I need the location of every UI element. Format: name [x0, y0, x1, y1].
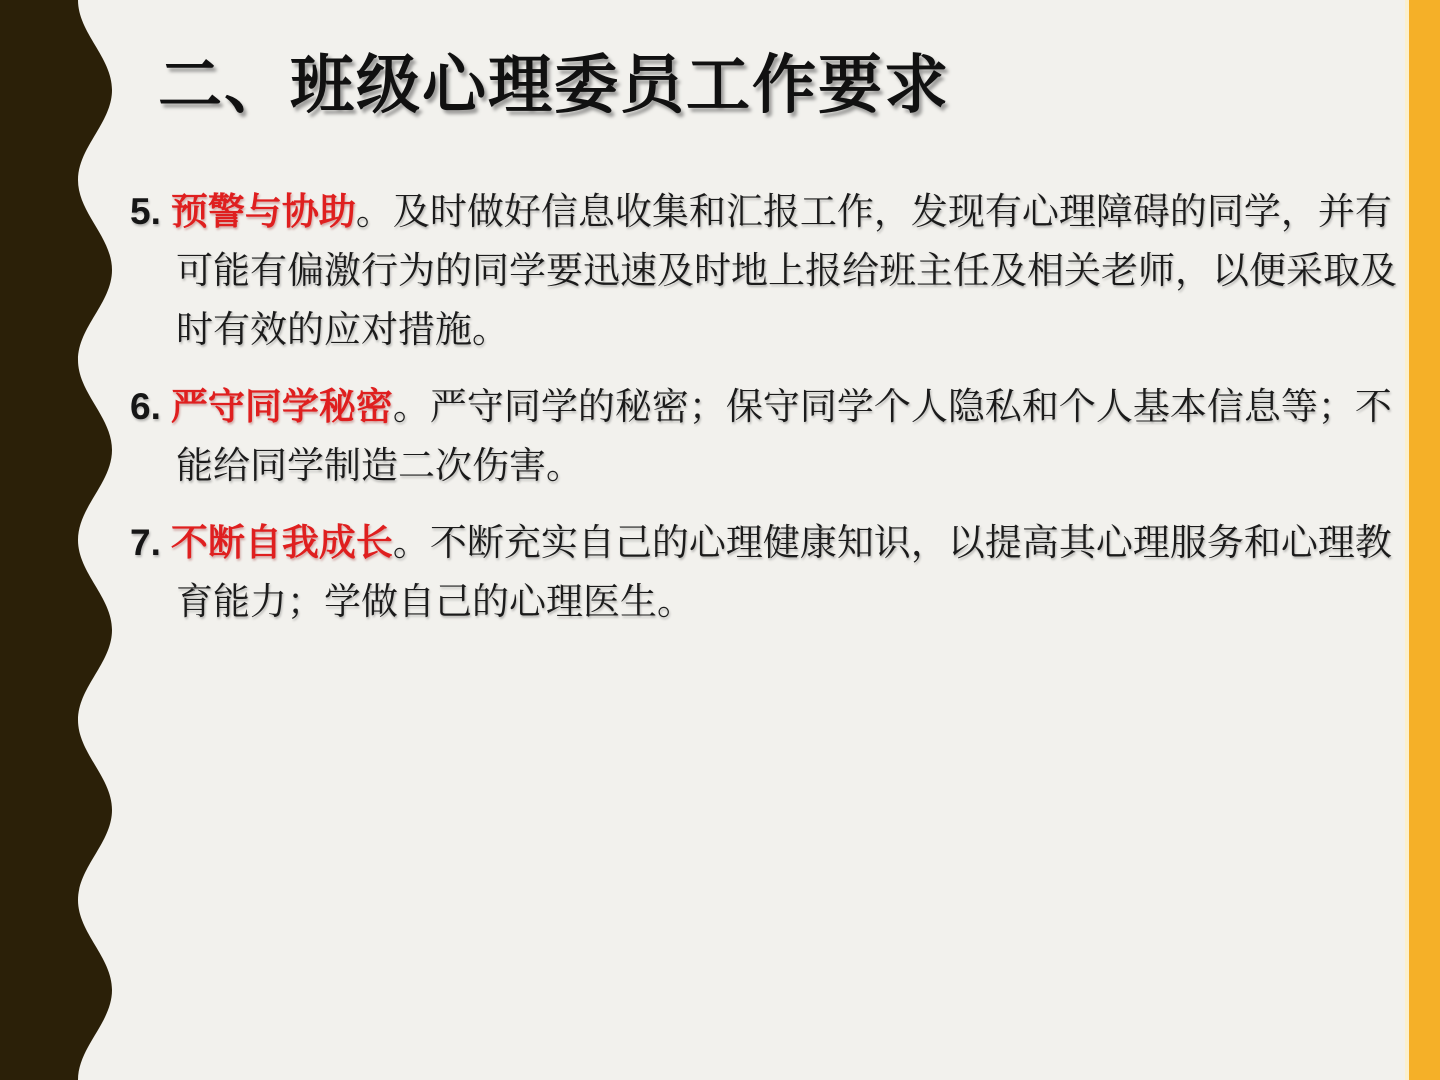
list-item: 7.不断自我成长。不断充实自己的心理健康知识，以提高其心理服务和心理教育能力；学…	[130, 513, 1410, 632]
item-number: 6.	[130, 386, 161, 427]
item-number: 5.	[130, 191, 161, 232]
list-item: 5.预警与协助。及时做好信息收集和汇报工作，发现有心理障碍的同学，并有可能有偏激…	[130, 182, 1410, 360]
item-lead: 预警与协助	[171, 192, 356, 233]
item-separator: 。	[393, 523, 430, 564]
slide-title: 二、班级心理委员工作要求	[158, 48, 950, 124]
item-lead: 不断自我成长	[171, 523, 393, 564]
item-number: 7.	[130, 522, 161, 563]
presentation-slide: 二、班级心理委员工作要求 5.预警与协助。及时做好信息收集和汇报工作，发现有心理…	[0, 0, 1440, 1080]
item-separator: 。	[393, 387, 430, 428]
left-wave-decoration	[0, 0, 130, 1080]
slide-body: 5.预警与协助。及时做好信息收集和汇报工作，发现有心理障碍的同学，并有可能有偏激…	[130, 182, 1410, 649]
item-separator: 。	[356, 192, 393, 233]
list-item: 6.严守同学秘密。严守同学的秘密；保守同学个人隐私和个人基本信息等；不能给同学制…	[130, 377, 1410, 496]
right-accent-strip	[1409, 0, 1440, 1080]
item-lead: 严守同学秘密	[171, 387, 393, 428]
